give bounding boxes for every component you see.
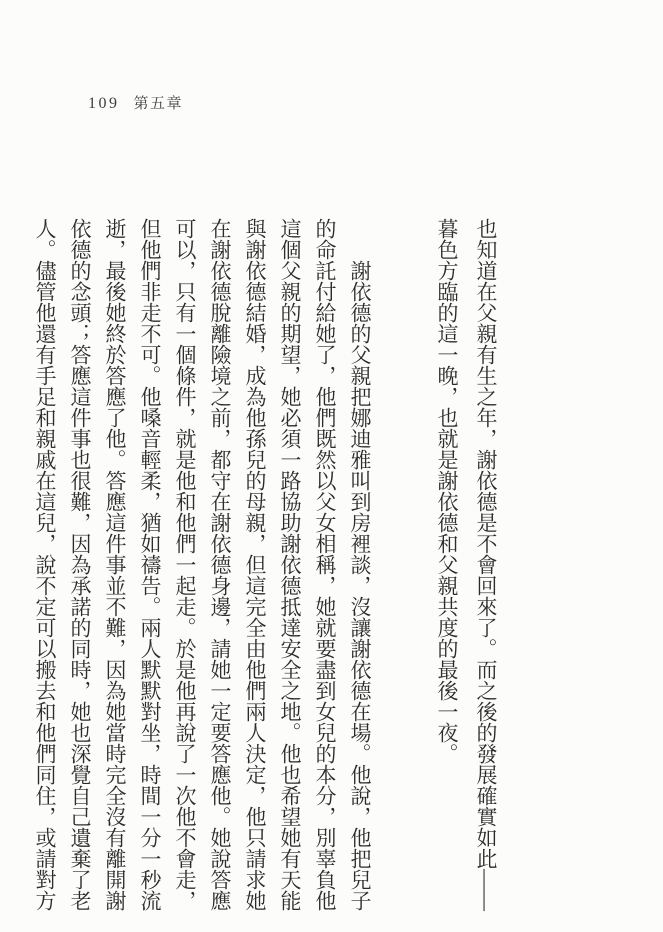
- book-page: 109 第五章 也知道在父親有生之年，謝依德是不會回來了。而之後的發展確實如此—…: [0, 0, 663, 932]
- page-header: 109 第五章: [88, 92, 183, 113]
- page-number: 109: [88, 95, 120, 113]
- vertical-text-block: 也知道在父親有生之年，謝依德是不會回來了。而之後的發展確實如此—— 暮色方臨的這…: [0, 218, 555, 911]
- paragraph: 謝依德的父親把娜迪雅叫到房裡談，沒讓謝依德在場。他說，他把兒子 的命託付給她了，…: [27, 218, 377, 911]
- chapter-title: 第五章: [134, 92, 184, 113]
- paragraph-continuation: 也知道在父親有生之年，謝依德是不會回來了。而之後的發展確實如此—— 暮色方臨的這…: [427, 218, 505, 911]
